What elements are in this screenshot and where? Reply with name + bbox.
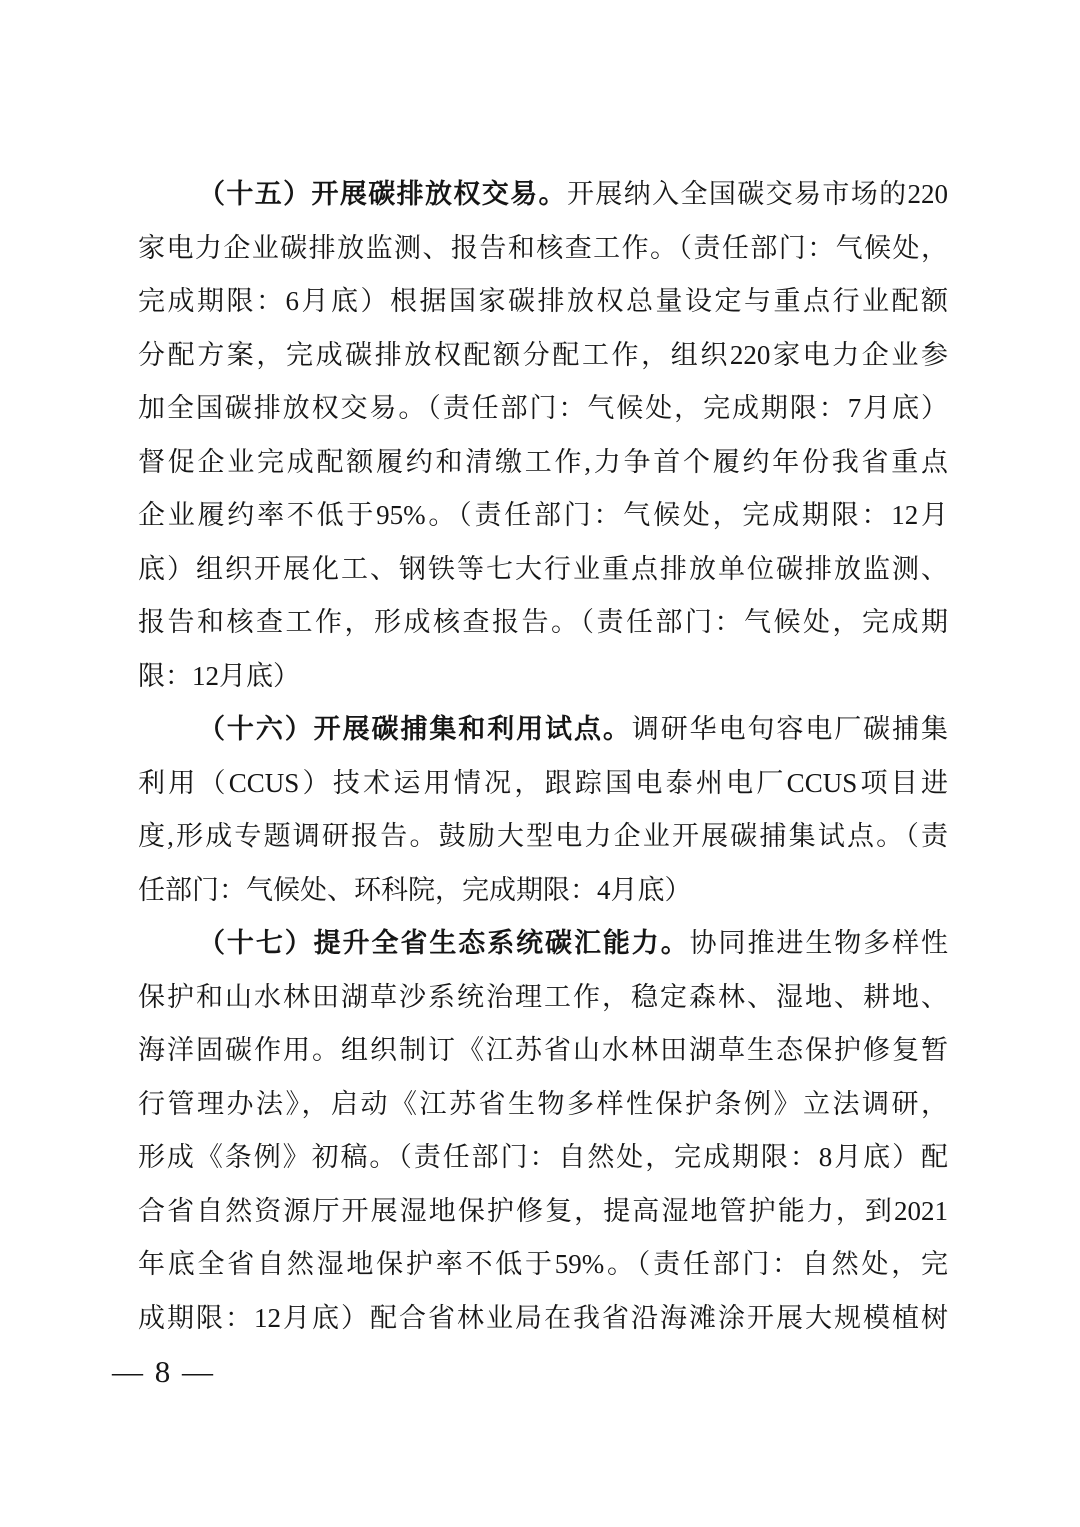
document-line: 海洋固碳作用。组织制订《江苏省山水林田湖草生态保护修复暂	[138, 1024, 948, 1078]
paragraph-heading: （十六）开展碳捕集和利用试点。	[198, 714, 632, 744]
document-line: 加全国碳排放权交易。（责任部门：气候处，完成期限：7月底）	[138, 382, 948, 436]
paragraph-text: 底）组织开展化工、钢铁等七大行业重点排放单位碳排放监测、	[138, 554, 948, 584]
paragraph-text: 报告和核查工作，形成核查报告。（责任部门：气候处，完成期	[138, 607, 948, 637]
paragraph-text: 形成《条例》初稿。（责任部门：自然处，完成期限：8月底）配	[138, 1142, 948, 1172]
document-line: 完成期限：6月底）根据国家碳排放权总量设定与重点行业配额	[138, 275, 948, 329]
paragraph-text: 保护和山水林田湖草沙系统治理工作，稳定森林、湿地、耕地、	[138, 982, 948, 1012]
paragraph-text: 成期限：12月底）配合省林业局在我省沿海滩涂开展大规模植树	[138, 1303, 948, 1333]
paragraph-text: 督促企业完成配额履约和清缴工作,力争首个履约年份我省重点	[138, 447, 948, 477]
document-line: 限：12月底）	[138, 650, 948, 704]
paragraph-text: 行管理办法》，启动《江苏省生物多样性保护条例》立法调研，	[138, 1089, 948, 1119]
paragraph-text: 利用（CCUS）技术运用情况，跟踪国电泰州电厂CCUS项目进	[138, 768, 948, 798]
document-page: （十五）开展碳排放权交易。开展纳入全国碳交易市场的220家电力企业碳排放监测、报…	[0, 0, 1080, 1527]
paragraph-text: 度,形成专题调研报告。鼓励大型电力企业开展碳捕集试点。（责	[138, 821, 948, 851]
paragraph-text: 家电力企业碳排放监测、报告和核查工作。（责任部门：气候处，	[138, 233, 948, 263]
document-line: 形成《条例》初稿。（责任部门：自然处，完成期限：8月底）配	[138, 1131, 948, 1185]
document-line: （十六）开展碳捕集和利用试点。调研华电句容电厂碳捕集	[138, 703, 948, 757]
paragraph-heading: （十七）提升全省生态系统碳汇能力。	[198, 928, 690, 958]
paragraph-text: 年底全省自然湿地保护率不低于59%。（责任部门：自然处，完	[138, 1249, 948, 1279]
document-line: 年底全省自然湿地保护率不低于59%。（责任部门：自然处，完	[138, 1238, 948, 1292]
paragraph-text: 协同推进生物多样性	[690, 928, 948, 958]
document-line: 保护和山水林田湖草沙系统治理工作，稳定森林、湿地、耕地、	[138, 971, 948, 1025]
paragraph-text: 海洋固碳作用。组织制订《江苏省山水林田湖草生态保护修复暂	[138, 1035, 948, 1065]
document-line: 报告和核查工作，形成核查报告。（责任部门：气候处，完成期	[138, 596, 948, 650]
document-line: 企业履约率不低于95%。（责任部门：气候处，完成期限：12月	[138, 489, 948, 543]
document-line: 行管理办法》，启动《江苏省生物多样性保护条例》立法调研，	[138, 1078, 948, 1132]
document-line: 任部门：气候处、环科院，完成期限：4月底）	[138, 864, 948, 918]
document-line: 合省自然资源厅开展湿地保护修复，提高湿地管护能力，到2021	[138, 1185, 948, 1239]
paragraph-text: 完成期限：6月底）根据国家碳排放权总量设定与重点行业配额	[138, 286, 948, 316]
document-line: 利用（CCUS）技术运用情况，跟踪国电泰州电厂CCUS项目进	[138, 757, 948, 811]
document-line: 分配方案，完成碳排放权配额分配工作，组织220家电力企业参	[138, 329, 948, 383]
document-line: 成期限：12月底）配合省林业局在我省沿海滩涂开展大规模植树	[138, 1292, 948, 1346]
paragraph-text: 合省自然资源厅开展湿地保护修复，提高湿地管护能力，到2021	[138, 1196, 948, 1226]
document-line: 度,形成专题调研报告。鼓励大型电力企业开展碳捕集试点。（责	[138, 810, 948, 864]
document-line: （十七）提升全省生态系统碳汇能力。协同推进生物多样性	[138, 917, 948, 971]
document-line: 家电力企业碳排放监测、报告和核查工作。（责任部门：气候处，	[138, 222, 948, 276]
page-number: — 8 —	[112, 1352, 215, 1392]
document-body: （十五）开展碳排放权交易。开展纳入全国碳交易市场的220家电力企业碳排放监测、报…	[138, 168, 948, 1345]
document-line: （十五）开展碳排放权交易。开展纳入全国碳交易市场的220	[138, 168, 948, 222]
paragraph-text: 限：12月底）	[138, 661, 300, 691]
paragraph-text: 任部门：气候处、环科院，完成期限：4月底）	[138, 875, 692, 905]
paragraph-text: 企业履约率不低于95%。（责任部门：气候处，完成期限：12月	[138, 500, 948, 530]
paragraph-text: 开展纳入全国碳交易市场的220	[567, 179, 948, 209]
document-line: 底）组织开展化工、钢铁等七大行业重点排放单位碳排放监测、	[138, 543, 948, 597]
paragraph-text: 分配方案，完成碳排放权配额分配工作，组织220家电力企业参	[138, 340, 948, 370]
paragraph-heading: （十五）开展碳排放权交易。	[198, 179, 567, 209]
document-line: 督促企业完成配额履约和清缴工作,力争首个履约年份我省重点	[138, 436, 948, 490]
paragraph-text: 加全国碳排放权交易。（责任部门：气候处，完成期限：7月底）	[138, 393, 948, 423]
paragraph-text: 调研华电句容电厂碳捕集	[632, 714, 948, 744]
